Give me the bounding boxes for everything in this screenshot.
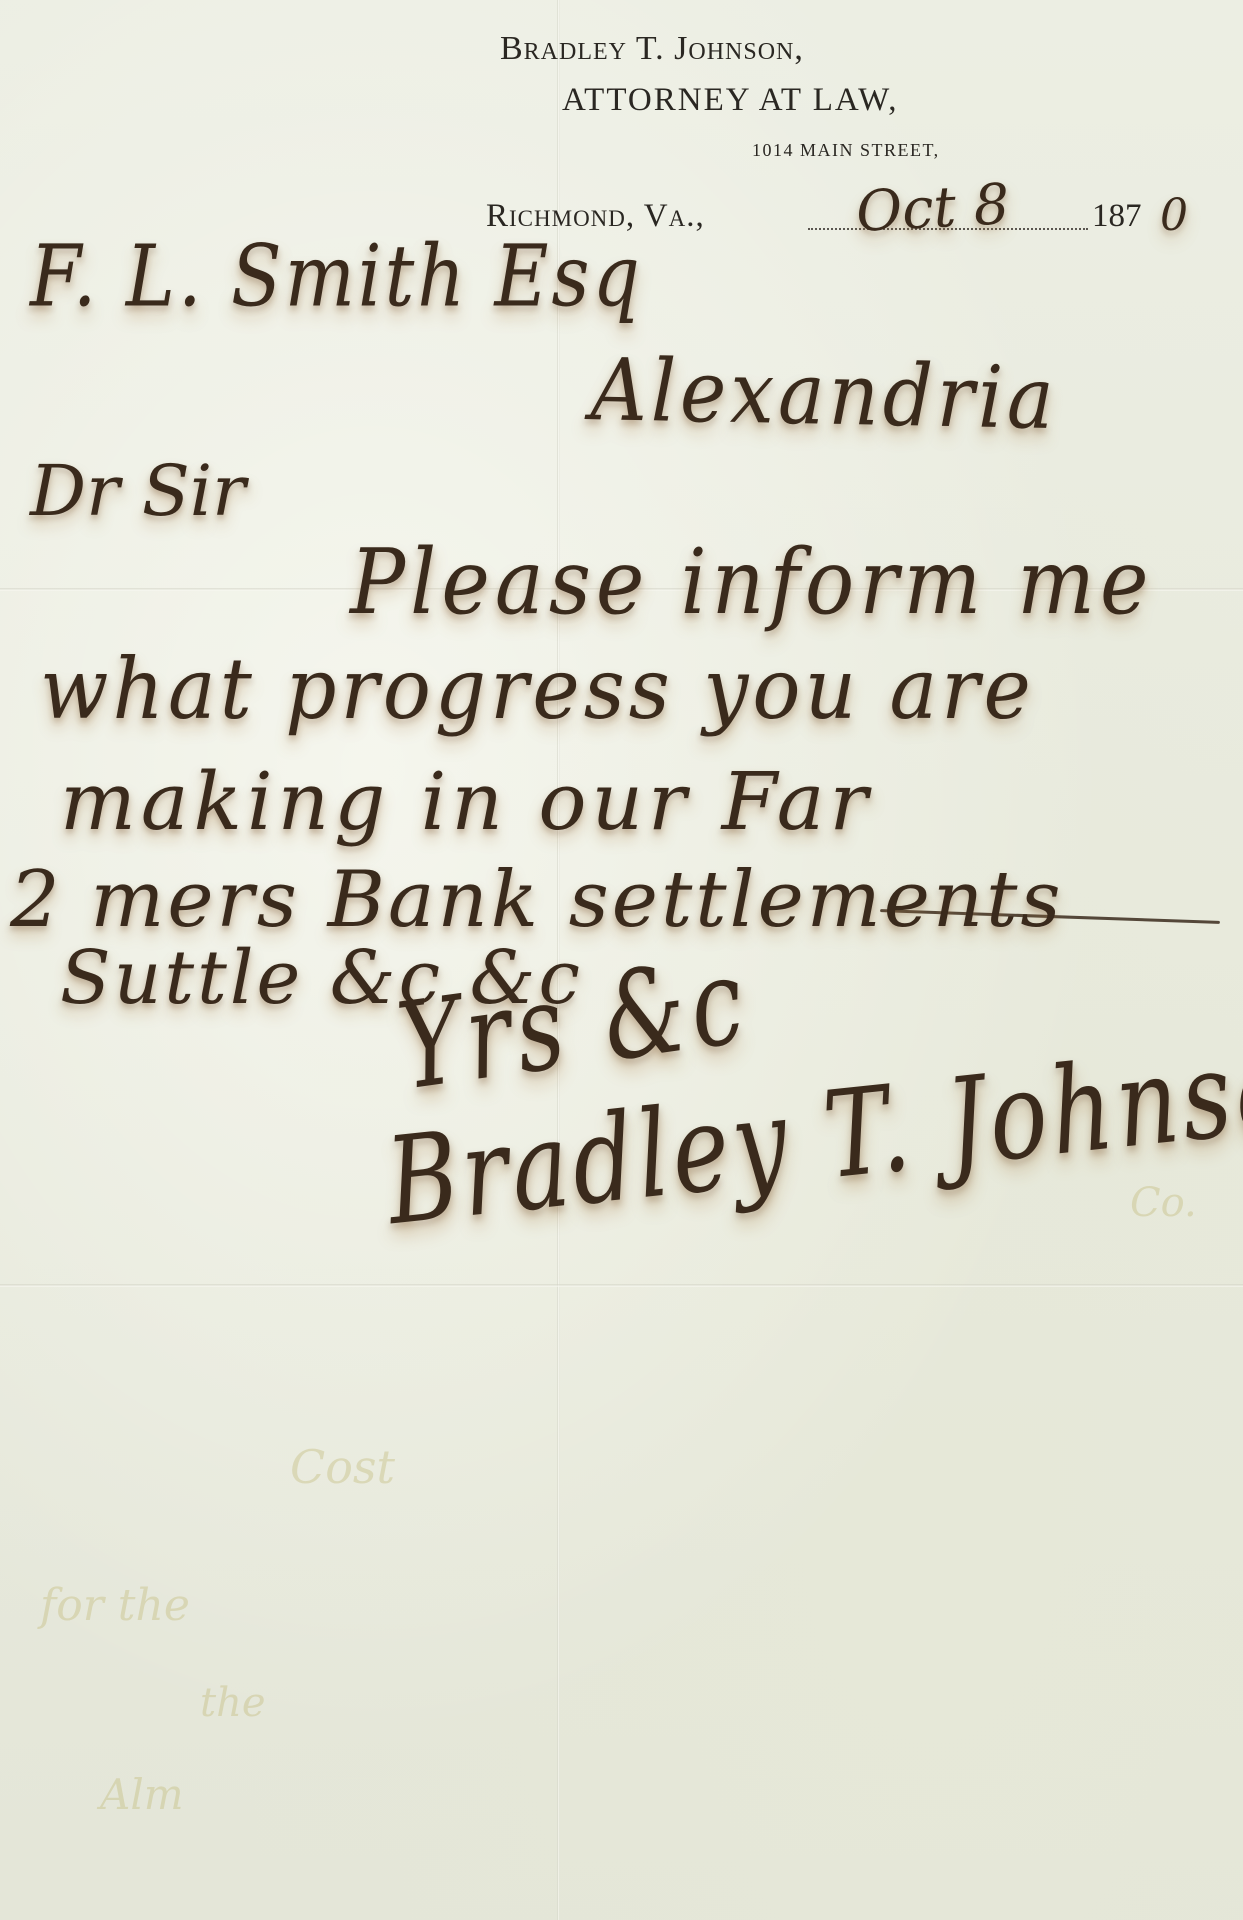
letterhead-address: 1014 MAIN STREET, xyxy=(752,140,940,161)
horizontal-fold-line-lower xyxy=(0,1284,1243,1287)
bleed-through-text: the xyxy=(200,1680,266,1726)
addressee-place: Alexandria xyxy=(590,341,1058,449)
letter-page: Cost for the the Alm Co. Bradley T. John… xyxy=(0,0,1243,1920)
letterhead-year-prefix: 187 xyxy=(1092,198,1142,235)
body-line: making in our Far xyxy=(60,755,873,848)
body-line: what progress you are xyxy=(40,640,1035,738)
handwritten-date: Oct 8 xyxy=(855,172,1011,245)
letterhead-name: Bradley T. Johnson, xyxy=(500,30,804,68)
bleed-through-text: Alm xyxy=(100,1770,184,1819)
body-line: Please inform me xyxy=(350,531,1154,636)
handwritten-year-digit: 0 xyxy=(1160,190,1188,241)
body-line: 2 mers Bank settlements xyxy=(10,855,1063,945)
letterhead-title: ATTORNEY AT LAW, xyxy=(562,82,898,119)
bleed-through-text: Cost xyxy=(290,1440,395,1494)
salutation: Dr Sir xyxy=(30,450,246,532)
addressee: F. L. Smith Esq xyxy=(30,227,643,326)
bleed-through-text: for the xyxy=(40,1580,190,1631)
bleed-through-text: Co. xyxy=(1130,1180,1197,1226)
